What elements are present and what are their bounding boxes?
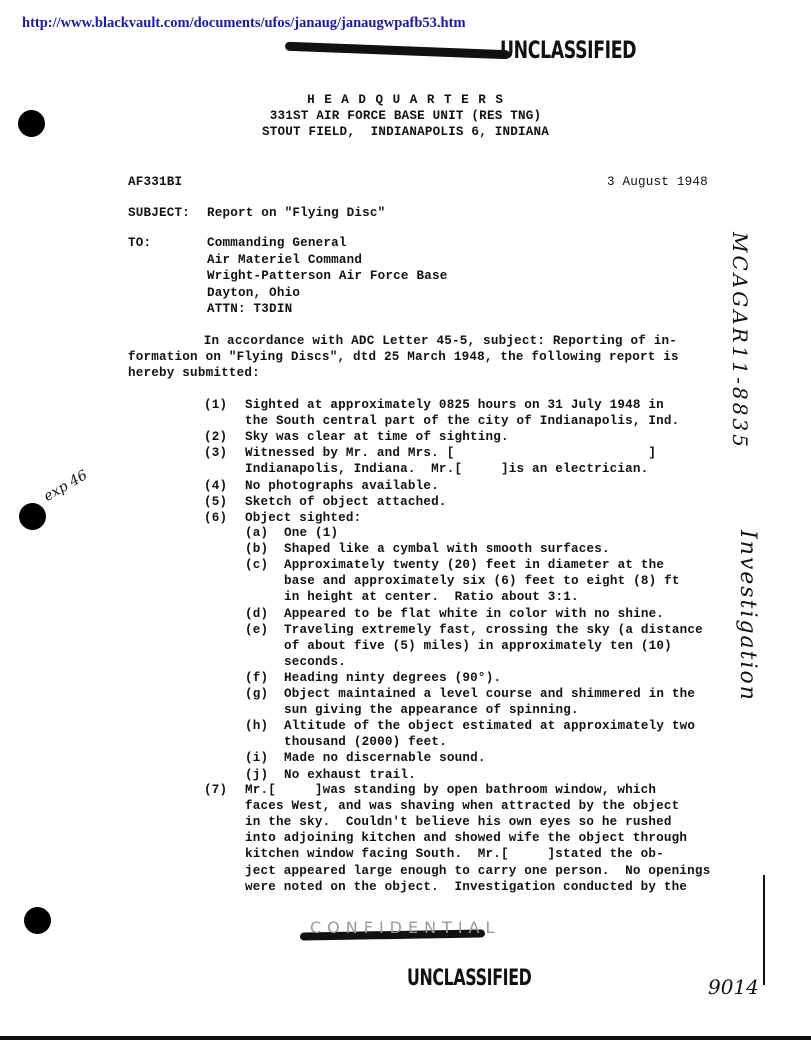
item-text: into adjoining kitchen and showed wife t… — [245, 831, 687, 845]
subitem-letter: (e) — [245, 623, 268, 637]
addressee-line: Commanding General — [207, 236, 347, 250]
item-text: Mr.[ ]was standing by open bathroom wind… — [245, 783, 656, 797]
item-text: kitchen window facing South. Mr.[ ]state… — [245, 847, 664, 861]
addressee-line: ATTN: T3DIN — [207, 302, 292, 316]
subitem-text: Made no discernable sound. — [284, 751, 486, 765]
addressee-line: Air Materiel Command — [207, 253, 362, 267]
file-reference: AF331BI — [128, 175, 182, 189]
subitem-text: base and approximately six (6) feet to e… — [284, 574, 680, 588]
subitem-letter: (d) — [245, 607, 268, 621]
subitem-text: Approximately twenty (20) feet in diamet… — [284, 558, 664, 572]
letterhead-unit: 331ST AIR FORCE BASE UNIT (RES TNG) — [0, 109, 811, 123]
subitem-text: sun giving the appearance of spinning. — [284, 703, 579, 717]
struck-classification-marking: CONFIDENTIAL — [310, 918, 500, 937]
item-text: faces West, and was shaving when attract… — [245, 799, 679, 813]
subject-label: SUBJECT: — [128, 206, 190, 220]
handwritten-page-number: 9014 — [708, 975, 759, 999]
item-text: Object sighted: — [245, 511, 361, 525]
item-number: (7) — [204, 783, 227, 797]
subitem-text: One (1) — [284, 526, 338, 540]
subitem-letter: (c) — [245, 558, 268, 572]
subitem-text: No exhaust trail. — [284, 768, 416, 782]
addressee-line: Wright-Patterson Air Force Base — [207, 269, 447, 283]
item-text: Indianapolis, Indiana. Mr.[ ]is an elect… — [245, 462, 648, 476]
subitem-text: Altitude of the object estimated at appr… — [284, 719, 695, 733]
item-number: (1) — [204, 398, 227, 412]
addressee-line: Dayton, Ohio — [207, 286, 300, 300]
subitem-letter: (a) — [245, 526, 268, 540]
handwritten-margin-note: Investigation — [735, 530, 760, 702]
item-text: Sketch of object attached. — [245, 495, 447, 509]
intro-line: formation on "Flying Discs", dtd 25 Marc… — [128, 350, 679, 364]
subitem-text: Traveling extremely fast, crossing the s… — [284, 623, 703, 637]
classification-stamp-top: UNCLASSIFIED — [500, 36, 636, 64]
subitem-text: Appeared to be flat white in color with … — [284, 607, 664, 621]
item-text: in the sky. Couldn't believe his own eye… — [245, 815, 672, 829]
subitem-text: thousand (2000) feet. — [284, 735, 447, 749]
item-text: Sky was clear at time of sighting. — [245, 430, 509, 444]
source-url-link[interactable]: http://www.blackvault.com/documents/ufos… — [22, 15, 466, 32]
item-text: No photographs available. — [245, 479, 439, 493]
handwritten-bracket-line — [763, 875, 765, 985]
item-number: (3) — [204, 446, 227, 460]
intro-line: In accordance with ADC Letter 45-5, subj… — [165, 334, 677, 348]
item-number: (5) — [204, 495, 227, 509]
letterhead-address: STOUT FIELD, INDIANAPOLIS 6, INDIANA — [0, 125, 811, 139]
item-text: Witnessed by Mr. and Mrs. [ ] — [245, 446, 656, 460]
classification-stamp-bottom: UNCLASSIFIED — [407, 966, 531, 991]
subitem-text: seconds. — [284, 655, 346, 669]
item-number: (2) — [204, 430, 227, 444]
subject-text: Report on "Flying Disc" — [207, 206, 385, 220]
subitem-letter: (h) — [245, 719, 268, 733]
page-bottom-border — [0, 1036, 811, 1040]
item-text: were noted on the object. Investigation … — [245, 880, 687, 894]
item-number: (4) — [204, 479, 227, 493]
punch-hole — [19, 503, 46, 530]
handwritten-margin-reference: MCAGAR11-8835 — [728, 232, 752, 450]
subitem-letter: (g) — [245, 687, 268, 701]
item-text: ject appeared large enough to carry one … — [245, 864, 710, 878]
subitem-letter: (j) — [245, 768, 268, 782]
letterhead-title: H E A D Q U A R T E R S — [0, 93, 811, 107]
subitem-text: Heading ninty degrees (90°). — [284, 671, 501, 685]
subitem-text: Shaped like a cymbal with smooth surface… — [284, 542, 610, 556]
intro-line: hereby submitted: — [128, 366, 260, 380]
item-text: the South central part of the city of In… — [245, 414, 679, 428]
item-text: Sighted at approximately 0825 hours on 3… — [245, 398, 664, 412]
subitem-letter: (b) — [245, 542, 268, 556]
subitem-letter: (f) — [245, 671, 268, 685]
subitem-text: Object maintained a level course and shi… — [284, 687, 695, 701]
subitem-text: in height at center. Ratio about 3:1. — [284, 590, 579, 604]
item-number: (6) — [204, 511, 227, 525]
subitem-letter: (i) — [245, 751, 268, 765]
punch-hole — [24, 907, 51, 934]
redaction-bar-top — [285, 42, 510, 60]
subitem-text: of about five (5) miles) in approximatel… — [284, 639, 672, 653]
to-label: TO: — [128, 236, 151, 250]
handwritten-left-note: exp 46 — [41, 467, 90, 505]
document-date: 3 August 1948 — [607, 175, 708, 189]
